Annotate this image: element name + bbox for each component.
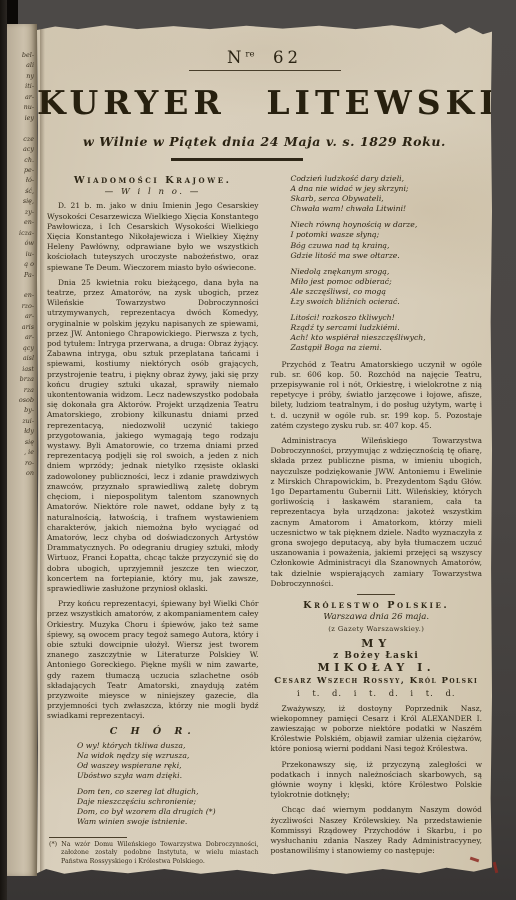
dateline-rule [171,158,303,161]
section-divider-rule [357,594,395,595]
chorus-stanza: Dom ten, co szereg lat długich, Daje nie… [77,787,259,827]
poem-stanza: Niech równą hoynością w darze, I potomki… [291,220,483,260]
poem-stanza: Codzień ludzkość dary dzieli, A dna nie … [291,174,483,214]
poem-stanza: Litości! rozkoszo tkliwych! Rządź ty ser… [291,313,483,353]
issue-prefix: N [227,48,245,67]
royal-etcetera: i t. d. i t. d. i t. d. [271,688,483,698]
right-column: Codzień ludzkość dary dzieli, A dna nie … [271,174,483,867]
article-paragraph: Dnia 25 kwietnia roku bieżącego, dana by… [47,278,259,594]
footnote-text: (*) Na wzór Domu Wileńskiego Towarzystwa… [47,841,259,867]
issue-digits: 62 [273,48,302,67]
royal-proclamation-heading: MY z Bożey Łaski MIKOŁAY I. Cesarz Wszec… [271,639,483,699]
scan-background: bel- ali ny iti- ar- nu- iey cze acy ch.… [0,0,516,900]
left-column: Wiadomości Krajowe. — W i l n o. — D. 21… [47,174,259,867]
binding-gutter [0,0,7,900]
issue-rule [189,70,341,71]
footnote-rule [49,837,127,838]
issue-number: Nre 62 [37,48,492,67]
issue-superscript: re [245,50,254,60]
section-heading-kingdom-of-poland: Królestwo Polskie. [271,601,483,611]
royal-by-grace: z Bożey Łaski [271,651,483,661]
article-columns: Wiadomości Krajowe. — W i l n o. — D. 21… [37,174,492,867]
publication-dateline: w Wilnie w Piątek dnia 24 Maja v. s. 182… [37,134,492,149]
decree-paragraph: Zważywszy, iż dostoyny Poprzednik Nasz, … [271,704,483,755]
chorus-heading: C H Ó R. [47,727,259,737]
adjacent-page-text-fragments: bel- ali ny iti- ar- nu- iey cze acy ch.… [7,50,37,479]
chorus-stanza: O wy! których tkliwa dusza, Na widok nęd… [77,741,259,781]
newspaper-page: Nre 62 KURYER LITEWSKI w Wilnie w Piątek… [37,24,492,875]
article-paragraph: D. 21 b. m. jako w dniu Imienin Jego Ces… [47,201,259,272]
decree-paragraph: Przekonawszy się, iż przyczyną zaległośc… [271,760,483,801]
article-paragraph: Przychód z Teatru Amatorskiego uczynił w… [271,360,483,431]
royal-we: MY [271,639,483,649]
article-paragraph: Administracya Wileńskiego Towarzystwa Do… [271,436,483,589]
red-ink-mark [493,862,499,873]
article-paragraph: Przy końcu reprezentacyi, śpiewany był W… [47,599,259,721]
place-heading-wilno: — W i l n o. — [47,187,259,197]
newspaper-title: KURYER LITEWSKI [37,83,492,122]
masthead-header: Nre 62 KURYER LITEWSKI w Wilnie w Piątek… [37,24,492,161]
warsaw-dateline: Warszawa dnia 26 maja. [271,612,483,622]
adjacent-page-sliver: bel- ali ny iti- ar- nu- iey cze acy ch.… [7,24,37,876]
decree-paragraph: Chcąc dać wiernym poddanym Naszym dowód … [271,805,483,856]
royal-title-emperor-king: Cesarz Wszech Rossyy, Król Polski [271,676,483,686]
source-note: (z Gazety Warszawskiey.) [271,624,483,634]
section-heading-domestic-news: Wiadomości Krajowe. [47,176,259,186]
poem-stanza: Niedolą znękanym srogą, Miło jest pomoc … [291,267,483,307]
royal-name-nicholas-i: MIKOŁAY I. [271,663,483,673]
